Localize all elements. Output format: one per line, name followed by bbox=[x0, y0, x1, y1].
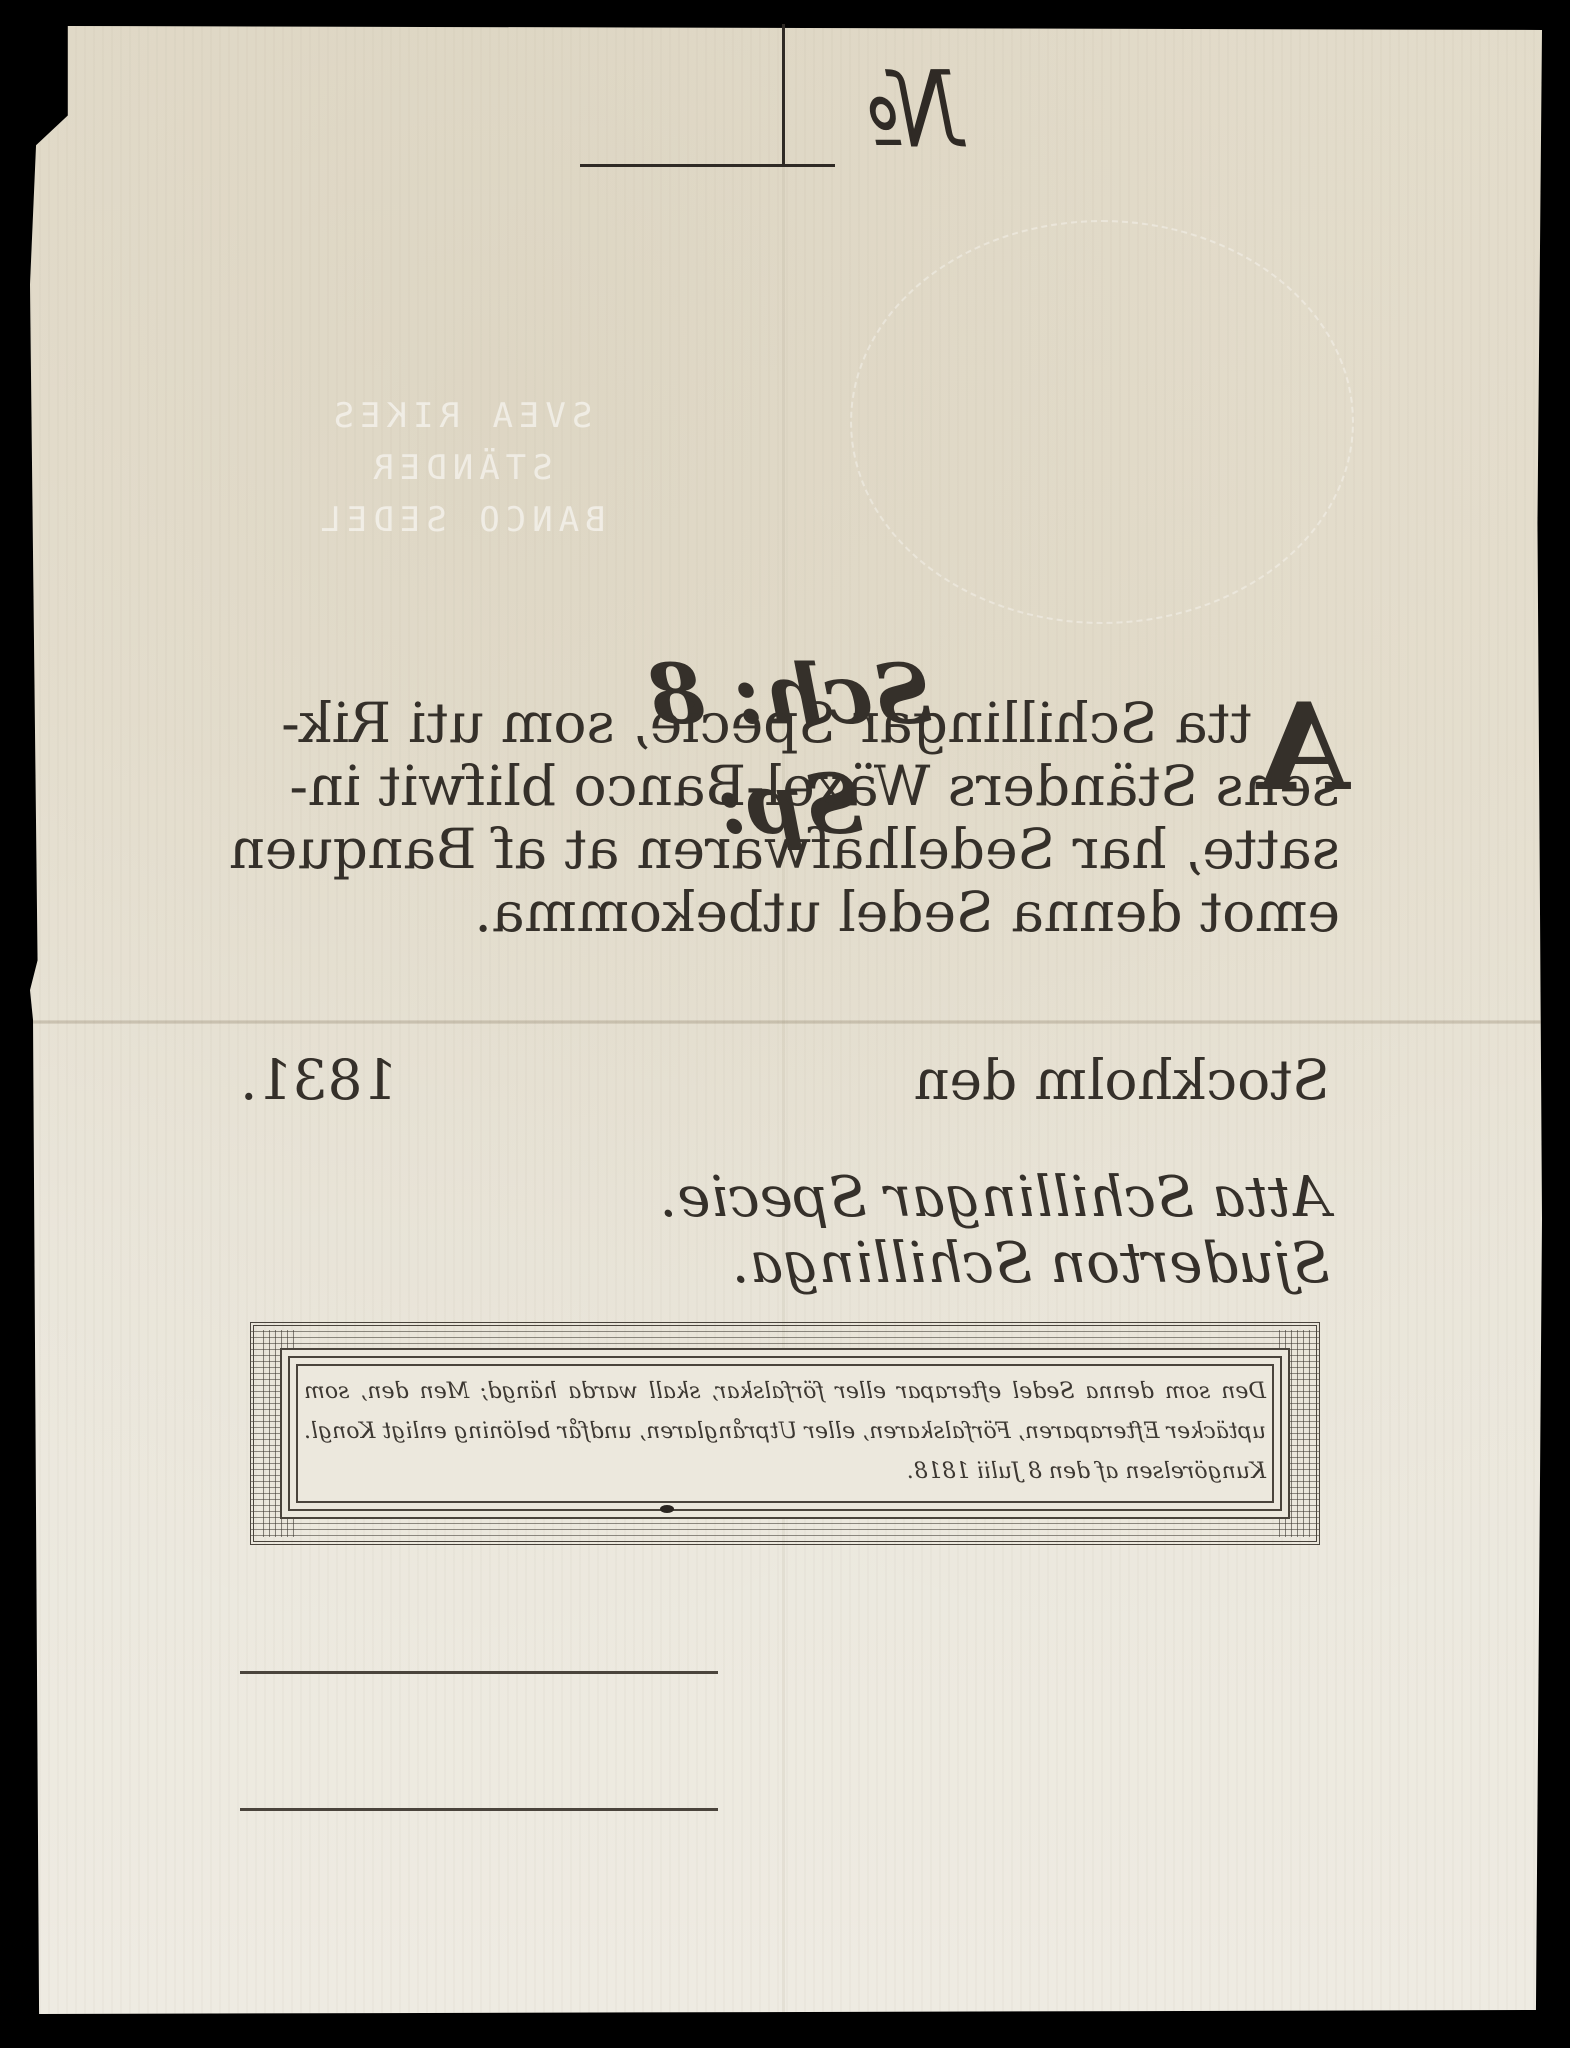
box-border-left bbox=[258, 1330, 296, 1537]
number-field-vertical-rule bbox=[782, 24, 785, 167]
issue-place: Stockholm den bbox=[914, 1045, 1330, 1115]
promise-text: A tta Schillingar Specie, som uti Rik- s… bbox=[240, 692, 1340, 944]
watermark: SVEA RIKES STÄNDER BANCO SEDEL bbox=[250, 230, 1350, 610]
box-border-right bbox=[1274, 1330, 1312, 1537]
body-line: tta Schillingar Specie, som uti Rik- bbox=[240, 692, 1340, 755]
body-line: sens Ständers Wäxel-Banco blifwit in- bbox=[240, 755, 1340, 818]
number-sign-mark: № bbox=[838, 44, 988, 174]
counterfeit-warning-text: Den som denna Sedel efterapar eller förf… bbox=[304, 1372, 1266, 1495]
horizontal-fold-crease bbox=[30, 1020, 1542, 1024]
issue-year: 1831. bbox=[240, 1045, 397, 1115]
decorative-initial: A bbox=[1257, 688, 1350, 808]
number-field-underline bbox=[580, 164, 835, 167]
watermark-text: SVEA RIKES STÄNDER BANCO SEDEL bbox=[290, 390, 630, 546]
ink-blot bbox=[660, 1505, 674, 1513]
counterfeit-warning-box: Den som denna Sedel efterapar eller förf… bbox=[250, 1322, 1320, 1545]
watermark-seal-ring bbox=[850, 220, 1354, 624]
signature-line-1 bbox=[240, 1671, 718, 1674]
amount-in-words: Atta Schillingar Specie. Sjuderton Schil… bbox=[560, 1165, 1330, 1297]
amount-line: Sjuderton Schillinga. bbox=[560, 1231, 1330, 1297]
amount-line: Atta Schillingar Specie. bbox=[560, 1165, 1330, 1231]
body-line: emot denna Sedel utbekomma. bbox=[240, 881, 1340, 944]
body-line: satte, har Sedelhafwaren at af Banquen bbox=[240, 818, 1340, 881]
signature-line-2 bbox=[240, 1808, 718, 1811]
date-line: Stockholm den 1831. bbox=[240, 1045, 1330, 1115]
